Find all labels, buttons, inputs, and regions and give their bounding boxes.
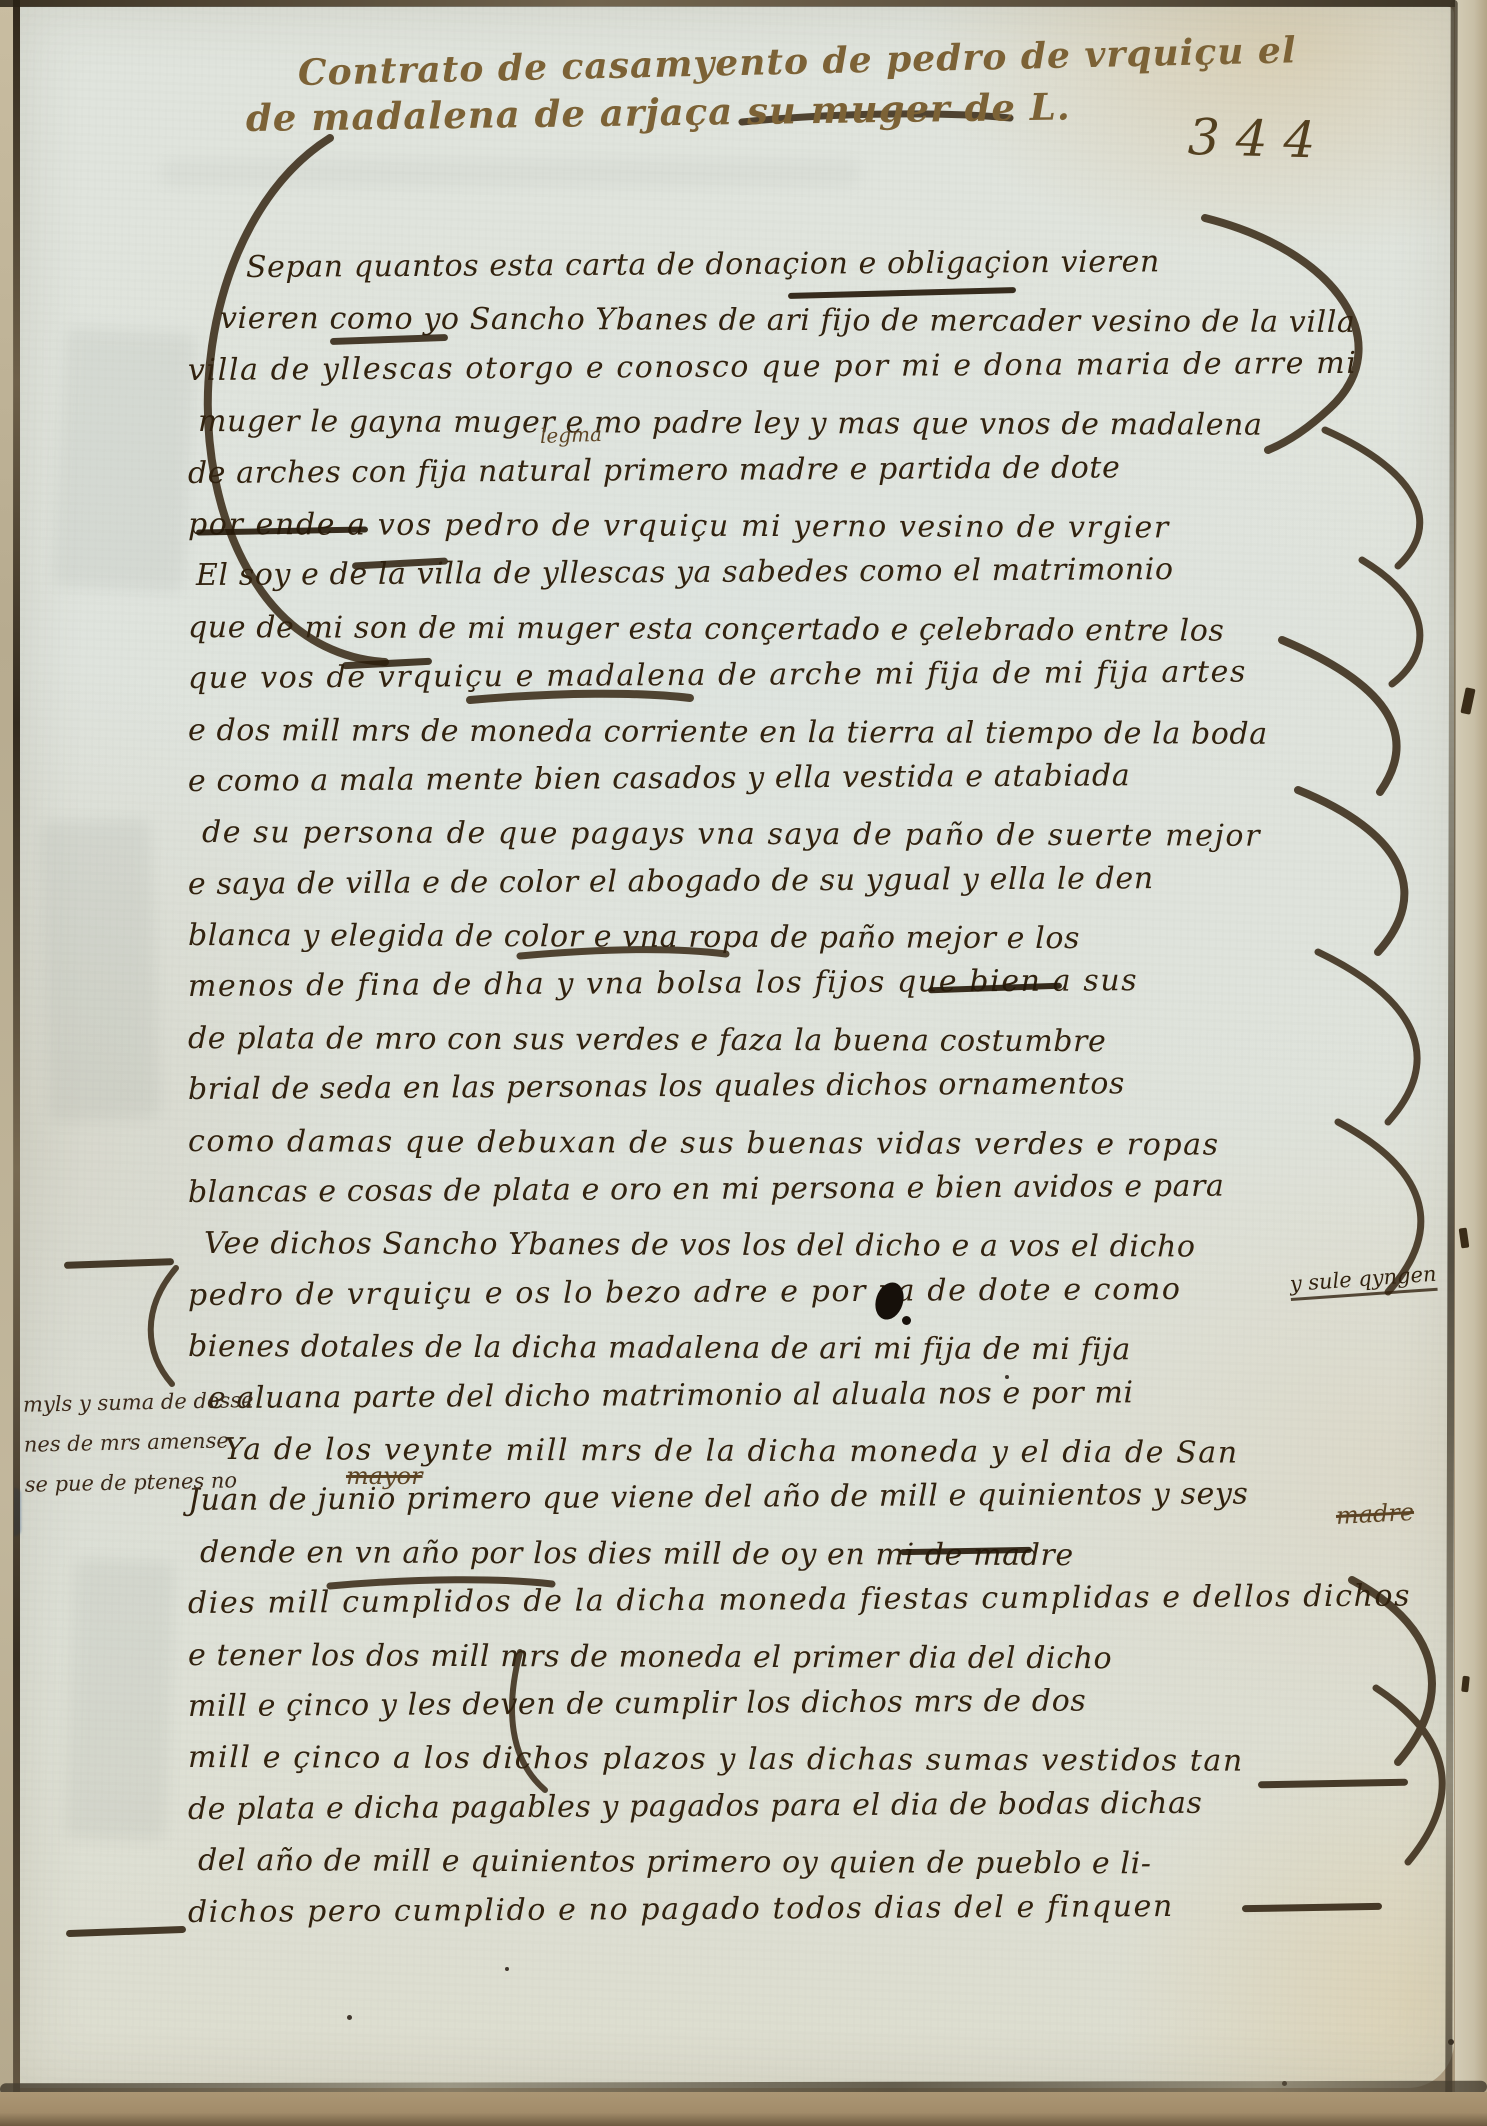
body-line: de plata e dicha pagables y pagados para…	[188, 1785, 1363, 1844]
binding-crack	[13, 0, 20, 2126]
ink-speck	[505, 1967, 509, 1971]
ink-speck	[347, 2015, 352, 2020]
manuscript-photo: Contrato de casamyento de pedro de vrqui…	[0, 0, 1487, 2126]
ink-blot	[902, 1316, 911, 1325]
next-page-sliver	[1455, 0, 1487, 2126]
marginal-note-left: myls y suma de dosse nes de mrs amense s…	[23, 1387, 285, 1512]
body-line: de arches con fija natural primero madre…	[188, 448, 1363, 507]
interlinear-note-madre: madre	[1335, 1498, 1414, 1530]
body-line: menos de fina de dha y vna bolsa los fij…	[188, 962, 1363, 1021]
page-top-edge	[0, 0, 1487, 7]
body-text: Sepan quantos esta carta de donaçion e o…	[188, 250, 1363, 1946]
book-gutter-edge	[0, 0, 14, 2126]
body-line: dichos pero cumplido e no pagado todos d…	[188, 1887, 1363, 1946]
interlinear-note-mayor: mayor	[346, 1462, 423, 1490]
show-through-smudge	[65, 1558, 175, 1841]
body-line: pedro de vrquiçu e os lo bezo adre e por…	[188, 1271, 1363, 1330]
show-through-smudge	[160, 160, 860, 186]
marginal-note-line: myls y suma de dosse	[23, 1387, 284, 1432]
folio-number: 344	[1187, 108, 1332, 170]
body-line: e aluana parte del dicho matrimonio al a…	[208, 1374, 1363, 1432]
marginal-note-line: nes de mrs amense	[24, 1427, 285, 1472]
body-line: e como a mala mente bien casados y ella …	[188, 757, 1363, 816]
marginal-note-line: se pue de ptenes no	[24, 1467, 285, 1512]
show-through-smudge	[53, 327, 196, 593]
body-line: mill e çinco y les deven de cumplir los …	[188, 1682, 1363, 1741]
body-line: brial de seda en las personas los quales…	[188, 1065, 1363, 1124]
body-line: villa de yllescas otorgo e conosco que p…	[188, 346, 1363, 405]
body-line: blancas e cosas de plata e oro en mi per…	[188, 1168, 1363, 1227]
show-through-smudge	[40, 818, 160, 1122]
body-line: dies mill cumplidos de la dicha moneda f…	[188, 1579, 1363, 1638]
pages-beneath-edge	[0, 2092, 1487, 2126]
interlinear-note-legitima: legma	[540, 422, 603, 448]
body-line: El soy e de la villa de yllescas ya sabe…	[196, 551, 1363, 610]
body-line: e saya de villa e de color el abogado de…	[188, 860, 1363, 919]
